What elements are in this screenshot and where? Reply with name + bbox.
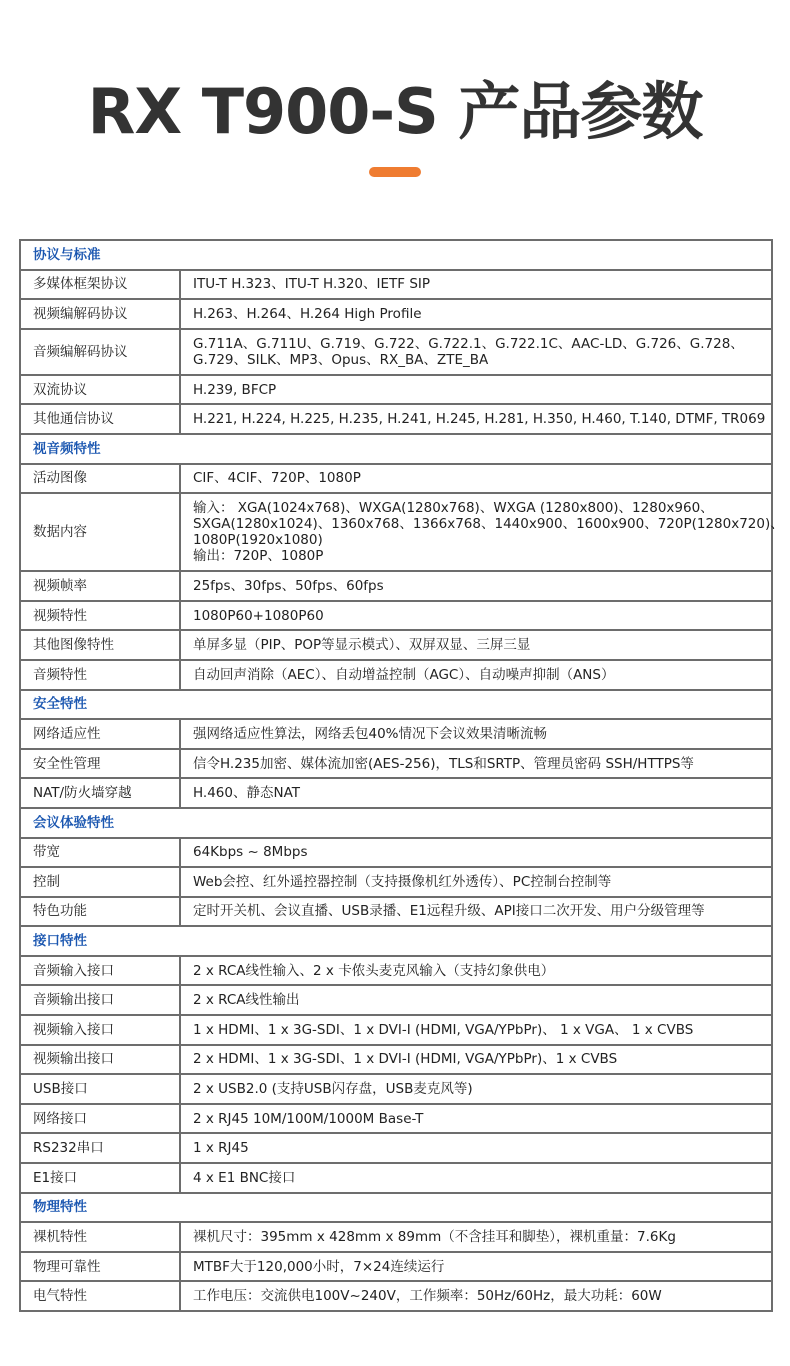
spec-value: 1 x HDMI、1 x 3G-SDI、1 x DVI-I (HDMI, VGA… — [180, 1015, 772, 1045]
spec-label: 视频特性 — [20, 601, 180, 631]
spec-label: 视频帧率 — [20, 571, 180, 601]
spec-label: NAT/防火墙穿越 — [20, 778, 180, 808]
spec-value-line: 自动回声消除（AEC）、自动增益控制（AGC）、自动噪声抑制（ANS） — [193, 667, 759, 683]
spec-label: USB接口 — [20, 1074, 180, 1104]
spec-value-line: 2 x RCA线性输入、2 x 卡侬头麦克风输入（支持幻象供电） — [193, 963, 759, 979]
spec-value: 25fps、30fps、50fps、60fps — [180, 571, 772, 601]
table-row: 音频编解码协议 G.711A、G.711U、G.719、G.722、G.722.… — [20, 329, 772, 375]
section-header-row: 安全特性 — [20, 690, 772, 720]
spec-label: 控制 — [20, 867, 180, 897]
spec-value-line: Web会控、红外遥控器控制（支持摄像机红外透传）、PC控制台控制等 — [193, 874, 759, 890]
spec-value: 1 x RJ45 — [180, 1133, 772, 1163]
spec-value-line: H.239, BFCP — [193, 382, 759, 398]
table-row: 特色功能 定时开关机、会议直播、USB录播、E1远程升级、API接口二次开发、用… — [20, 897, 772, 927]
spec-table-body: 协议与标准 多媒体框架协议 ITU-T H.323、ITU-T H.320、IE… — [20, 240, 772, 1311]
spec-value-line: CIF、4CIF、720P、1080P — [193, 470, 759, 486]
spec-label: 裸机特性 — [20, 1222, 180, 1252]
spec-label: 特色功能 — [20, 897, 180, 927]
spec-value-line: 2 x HDMI、1 x 3G-SDI、1 x DVI-I (HDMI, VGA… — [193, 1051, 759, 1067]
spec-label: E1接口 — [20, 1163, 180, 1193]
spec-label: 多媒体框架协议 — [20, 270, 180, 300]
spec-label: 数据内容 — [20, 493, 180, 571]
spec-value: H.263、H.264、H.264 High Profile — [180, 299, 772, 329]
spec-label: 音频输出接口 — [20, 985, 180, 1015]
section-header-row: 协议与标准 — [20, 240, 772, 270]
spec-value-line: 强网络适应性算法，网络丢包40%情况下会议效果清晰流畅 — [193, 726, 759, 742]
section-title: 物理特性 — [20, 1193, 772, 1223]
spec-value-line: 输入： XGA(1024x768)、WXGA(1280x768)、WXGA (1… — [193, 500, 759, 516]
table-row: 视频输入接口 1 x HDMI、1 x 3G-SDI、1 x DVI-I (HD… — [20, 1015, 772, 1045]
spec-value-line: 2 x RCA线性输出 — [193, 992, 759, 1008]
spec-value: H.239, BFCP — [180, 375, 772, 405]
spec-label: 带宽 — [20, 838, 180, 868]
table-row: 网络接口 2 x RJ45 10M/100M/1000M Base-T — [20, 1104, 772, 1134]
table-row: 活动图像 CIF、4CIF、720P、1080P — [20, 464, 772, 494]
spec-value: H.460、静态NAT — [180, 778, 772, 808]
spec-label: 物理可靠性 — [20, 1252, 180, 1282]
spec-value: 单屏多显（PIP、POP等显示模式）、双屏双显、三屏三显 — [180, 630, 772, 660]
spec-label: 视频输出接口 — [20, 1045, 180, 1075]
table-row: 视频编解码协议 H.263、H.264、H.264 High Profile — [20, 299, 772, 329]
table-row: RS232串口 1 x RJ45 — [20, 1133, 772, 1163]
section-title: 会议体验特性 — [20, 808, 772, 838]
page-title: RX T900-S 产品参数 — [0, 70, 790, 154]
spec-value-line: 信令H.235加密、媒体流加密(AES-256)，TLS和SRTP、管理员密码 … — [193, 756, 759, 772]
table-row: 其他图像特性 单屏多显（PIP、POP等显示模式）、双屏双显、三屏三显 — [20, 630, 772, 660]
spec-value: 强网络适应性算法，网络丢包40%情况下会议效果清晰流畅 — [180, 719, 772, 749]
table-row: 多媒体框架协议 ITU-T H.323、ITU-T H.320、IETF SIP — [20, 270, 772, 300]
spec-value-line: 2 x RJ45 10M/100M/1000M Base-T — [193, 1111, 759, 1127]
spec-label: 视频编解码协议 — [20, 299, 180, 329]
table-row: 带宽 64Kbps ~ 8Mbps — [20, 838, 772, 868]
spec-value-line: H.263、H.264、H.264 High Profile — [193, 306, 759, 322]
spec-value: 1080P60+1080P60 — [180, 601, 772, 631]
spec-value: H.221, H.224, H.225, H.235, H.241, H.245… — [180, 404, 772, 434]
spec-label: 活动图像 — [20, 464, 180, 494]
spec-value: 工作电压：交流供电100V~240V，工作频率：50Hz/60Hz，最大功耗：6… — [180, 1281, 772, 1311]
spec-label: 电气特性 — [20, 1281, 180, 1311]
spec-value: 2 x USB2.0 (支持USB闪存盘，USB麦克风等) — [180, 1074, 772, 1104]
spec-value: 2 x RCA线性输出 — [180, 985, 772, 1015]
table-row: 音频输出接口 2 x RCA线性输出 — [20, 985, 772, 1015]
spec-label: 双流协议 — [20, 375, 180, 405]
table-row: 其他通信协议 H.221, H.224, H.225, H.235, H.241… — [20, 404, 772, 434]
spec-value: 定时开关机、会议直播、USB录播、E1远程升级、API接口二次开发、用户分级管理… — [180, 897, 772, 927]
spec-value-line: G.711A、G.711U、G.719、G.722、G.722.1、G.722.… — [193, 336, 759, 352]
spec-value-line: 1080P(1920x1080) — [193, 532, 759, 548]
spec-value: 裸机尺寸：395mm x 428mm x 89mm（不含挂耳和脚垫），裸机重量：… — [180, 1222, 772, 1252]
spec-value: 4 x E1 BNC接口 — [180, 1163, 772, 1193]
spec-value: 自动回声消除（AEC）、自动增益控制（AGC）、自动噪声抑制（ANS） — [180, 660, 772, 690]
spec-label: 音频输入接口 — [20, 956, 180, 986]
spec-value-line: 4 x E1 BNC接口 — [193, 1170, 759, 1186]
spec-value: 2 x RCA线性输入、2 x 卡侬头麦克风输入（支持幻象供电） — [180, 956, 772, 986]
spec-value-line: H.221, H.224, H.225, H.235, H.241, H.245… — [193, 411, 759, 427]
table-row: 视频帧率 25fps、30fps、50fps、60fps — [20, 571, 772, 601]
spec-value: 信令H.235加密、媒体流加密(AES-256)，TLS和SRTP、管理员密码 … — [180, 749, 772, 779]
spec-value-line: H.460、静态NAT — [193, 785, 759, 801]
spec-label: 安全性管理 — [20, 749, 180, 779]
table-row: 裸机特性 裸机尺寸：395mm x 428mm x 89mm（不含挂耳和脚垫），… — [20, 1222, 772, 1252]
spec-value-line: 定时开关机、会议直播、USB录播、E1远程升级、API接口二次开发、用户分级管理… — [193, 903, 759, 919]
table-row: NAT/防火墙穿越 H.460、静态NAT — [20, 778, 772, 808]
spec-value-line: 64Kbps ~ 8Mbps — [193, 844, 759, 860]
spec-label: 网络适应性 — [20, 719, 180, 749]
spec-value-line: G.729、SILK、MP3、Opus、RX_BA、ZTE_BA — [193, 352, 759, 368]
spec-label: 其他通信协议 — [20, 404, 180, 434]
spec-value: G.711A、G.711U、G.719、G.722、G.722.1、G.722.… — [180, 329, 772, 375]
spec-value-line: 裸机尺寸：395mm x 428mm x 89mm（不含挂耳和脚垫），裸机重量：… — [193, 1229, 759, 1245]
spec-value-line: 输出：720P、1080P — [193, 548, 759, 564]
section-title: 接口特性 — [20, 926, 772, 956]
table-row: 电气特性 工作电压：交流供电100V~240V，工作频率：50Hz/60Hz，最… — [20, 1281, 772, 1311]
table-row: 控制 Web会控、红外遥控器控制（支持摄像机红外透传）、PC控制台控制等 — [20, 867, 772, 897]
spec-value: ITU-T H.323、ITU-T H.320、IETF SIP — [180, 270, 772, 300]
spec-table: 协议与标准 多媒体框架协议 ITU-T H.323、ITU-T H.320、IE… — [19, 239, 773, 1312]
table-row: 视频输出接口 2 x HDMI、1 x 3G-SDI、1 x DVI-I (HD… — [20, 1045, 772, 1075]
spec-value: 64Kbps ~ 8Mbps — [180, 838, 772, 868]
spec-label: 音频编解码协议 — [20, 329, 180, 375]
table-row: 数据内容 输入： XGA(1024x768)、WXGA(1280x768)、WX… — [20, 493, 772, 571]
section-header-row: 接口特性 — [20, 926, 772, 956]
spec-value-line: ITU-T H.323、ITU-T H.320、IETF SIP — [193, 276, 759, 292]
table-row: 音频特性 自动回声消除（AEC）、自动增益控制（AGC）、自动噪声抑制（ANS） — [20, 660, 772, 690]
section-header-row: 会议体验特性 — [20, 808, 772, 838]
spec-value: 输入： XGA(1024x768)、WXGA(1280x768)、WXGA (1… — [180, 493, 772, 571]
section-header-row: 物理特性 — [20, 1193, 772, 1223]
spec-value-line: 1 x HDMI、1 x 3G-SDI、1 x DVI-I (HDMI, VGA… — [193, 1022, 759, 1038]
table-row: 安全性管理 信令H.235加密、媒体流加密(AES-256)，TLS和SRTP、… — [20, 749, 772, 779]
spec-value-line: 1 x RJ45 — [193, 1140, 759, 1156]
spec-value: Web会控、红外遥控器控制（支持摄像机红外透传）、PC控制台控制等 — [180, 867, 772, 897]
spec-value: 2 x RJ45 10M/100M/1000M Base-T — [180, 1104, 772, 1134]
table-row: 音频输入接口 2 x RCA线性输入、2 x 卡侬头麦克风输入（支持幻象供电） — [20, 956, 772, 986]
section-header-row: 视音频特性 — [20, 434, 772, 464]
section-title: 视音频特性 — [20, 434, 772, 464]
spec-value-line: 单屏多显（PIP、POP等显示模式）、双屏双显、三屏三显 — [193, 637, 759, 653]
table-row: 双流协议 H.239, BFCP — [20, 375, 772, 405]
table-row: 视频特性 1080P60+1080P60 — [20, 601, 772, 631]
spec-label: 音频特性 — [20, 660, 180, 690]
section-title: 安全特性 — [20, 690, 772, 720]
spec-value-line: MTBF大于120,000小时，7×24连续运行 — [193, 1259, 759, 1275]
spec-value: MTBF大于120,000小时，7×24连续运行 — [180, 1252, 772, 1282]
spec-value-line: 1080P60+1080P60 — [193, 608, 759, 624]
spec-label: 网络接口 — [20, 1104, 180, 1134]
spec-value: 2 x HDMI、1 x 3G-SDI、1 x DVI-I (HDMI, VGA… — [180, 1045, 772, 1075]
section-title: 协议与标准 — [20, 240, 772, 270]
table-row: 物理可靠性 MTBF大于120,000小时，7×24连续运行 — [20, 1252, 772, 1282]
table-row: E1接口 4 x E1 BNC接口 — [20, 1163, 772, 1193]
table-row: 网络适应性 强网络适应性算法，网络丢包40%情况下会议效果清晰流畅 — [20, 719, 772, 749]
spec-value-line: 工作电压：交流供电100V~240V，工作频率：50Hz/60Hz，最大功耗：6… — [193, 1288, 759, 1304]
spec-label: 其他图像特性 — [20, 630, 180, 660]
spec-value-line: 25fps、30fps、50fps、60fps — [193, 578, 759, 594]
spec-label: 视频输入接口 — [20, 1015, 180, 1045]
spec-value: CIF、4CIF、720P、1080P — [180, 464, 772, 494]
spec-value-line: 2 x USB2.0 (支持USB闪存盘，USB麦克风等) — [193, 1081, 759, 1097]
table-row: USB接口 2 x USB2.0 (支持USB闪存盘，USB麦克风等) — [20, 1074, 772, 1104]
spec-label: RS232串口 — [20, 1133, 180, 1163]
title-accent-bar — [369, 167, 421, 177]
spec-value-line: SXGA(1280x1024)、1360x768、1366x768、1440x9… — [193, 516, 759, 532]
